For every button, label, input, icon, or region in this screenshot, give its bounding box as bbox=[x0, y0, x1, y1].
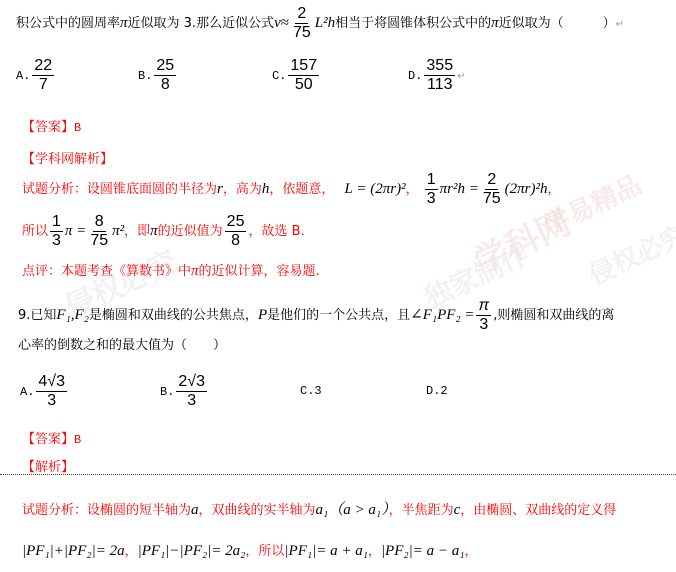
approx-symbol: ≈ bbox=[281, 15, 289, 31]
var-l2h: L²h bbox=[315, 15, 335, 31]
dotted-divider bbox=[0, 474, 676, 475]
q8-analysis-label: 【学科网解析】 bbox=[22, 148, 113, 167]
q9-answer: 【答案】B bbox=[22, 428, 81, 447]
return-mark-icon: ↵ bbox=[616, 19, 624, 30]
pi-symbol: π bbox=[120, 15, 128, 31]
stem-text: 近似取为（ ） bbox=[499, 16, 616, 31]
q8-analysis-line1: 试题分析：设圆锥底面圆的半径为r，高为h，依题意， L = (2πr)²， 13… bbox=[22, 172, 561, 207]
q8-analysis-line2: 所以13π =875π²，即π的近似值为258，故选 B. bbox=[22, 214, 305, 249]
q8-stem: 积公式中的圆周率π近似取为 3.那么近似公式v≈275L²h相当于将圆锥体积公式… bbox=[16, 6, 624, 41]
q9-analysis-line1: 试题分析：设椭圆的短半轴为a，双曲线的实半轴为a₁（a > a₁），半焦距为c，… bbox=[22, 498, 616, 519]
stem-text: 积公式中的圆周率 bbox=[16, 16, 120, 31]
var-v: v bbox=[274, 15, 281, 31]
answer-value: B bbox=[74, 121, 81, 135]
q8-option-a: A.227 bbox=[16, 58, 56, 93]
stem-text: 相当于将圆锥体积公式中的 bbox=[335, 16, 491, 31]
q8-option-c: C.15750 bbox=[272, 58, 321, 93]
q8-comment: 点评：本题考查《算数书》中π的近似计算，容易题. bbox=[22, 260, 320, 280]
q9-option-b: B.2√33 bbox=[160, 374, 209, 409]
q9-analysis-label: 【解析】 bbox=[22, 456, 74, 475]
coef-fraction: 275 bbox=[291, 6, 313, 41]
answer-label: 【答案】 bbox=[22, 120, 74, 135]
q9-analysis-line2: |PF₁|+|PF₂|= 2a，|PF₁|−|PF₂|= 2a₂，所以|PF₁|… bbox=[22, 540, 477, 560]
q9-option-a: A.4√33 bbox=[20, 374, 69, 409]
q8-option-d: D.355113↵ bbox=[408, 58, 466, 93]
q8-answer: 【答案】B bbox=[22, 116, 81, 135]
return-mark-icon: ↵ bbox=[457, 71, 465, 82]
q9-option-c: C.3 bbox=[300, 384, 322, 398]
q9-stem-line1: 9.已知F₁,F₂是椭圆和双曲线的公共焦点，P是他们的一个公共点，且∠F₁PF₂… bbox=[18, 298, 614, 333]
answer-label: 【答案】 bbox=[22, 432, 74, 447]
q9-stem-line2: 心率的倒数之和的最大值为（ ） bbox=[18, 334, 226, 353]
q8-option-b: B.258 bbox=[138, 58, 178, 93]
watermark-text: 侵权必究 bbox=[582, 215, 676, 292]
pi-symbol: π bbox=[491, 15, 499, 31]
watermark-text: 学科网 bbox=[464, 196, 577, 284]
stem-text: 近似取为 3.那么近似公式 bbox=[128, 16, 275, 31]
equation-l: L = (2πr)² bbox=[345, 181, 406, 197]
q9-option-d: D.2 bbox=[426, 384, 448, 398]
answer-value: B bbox=[74, 433, 81, 447]
